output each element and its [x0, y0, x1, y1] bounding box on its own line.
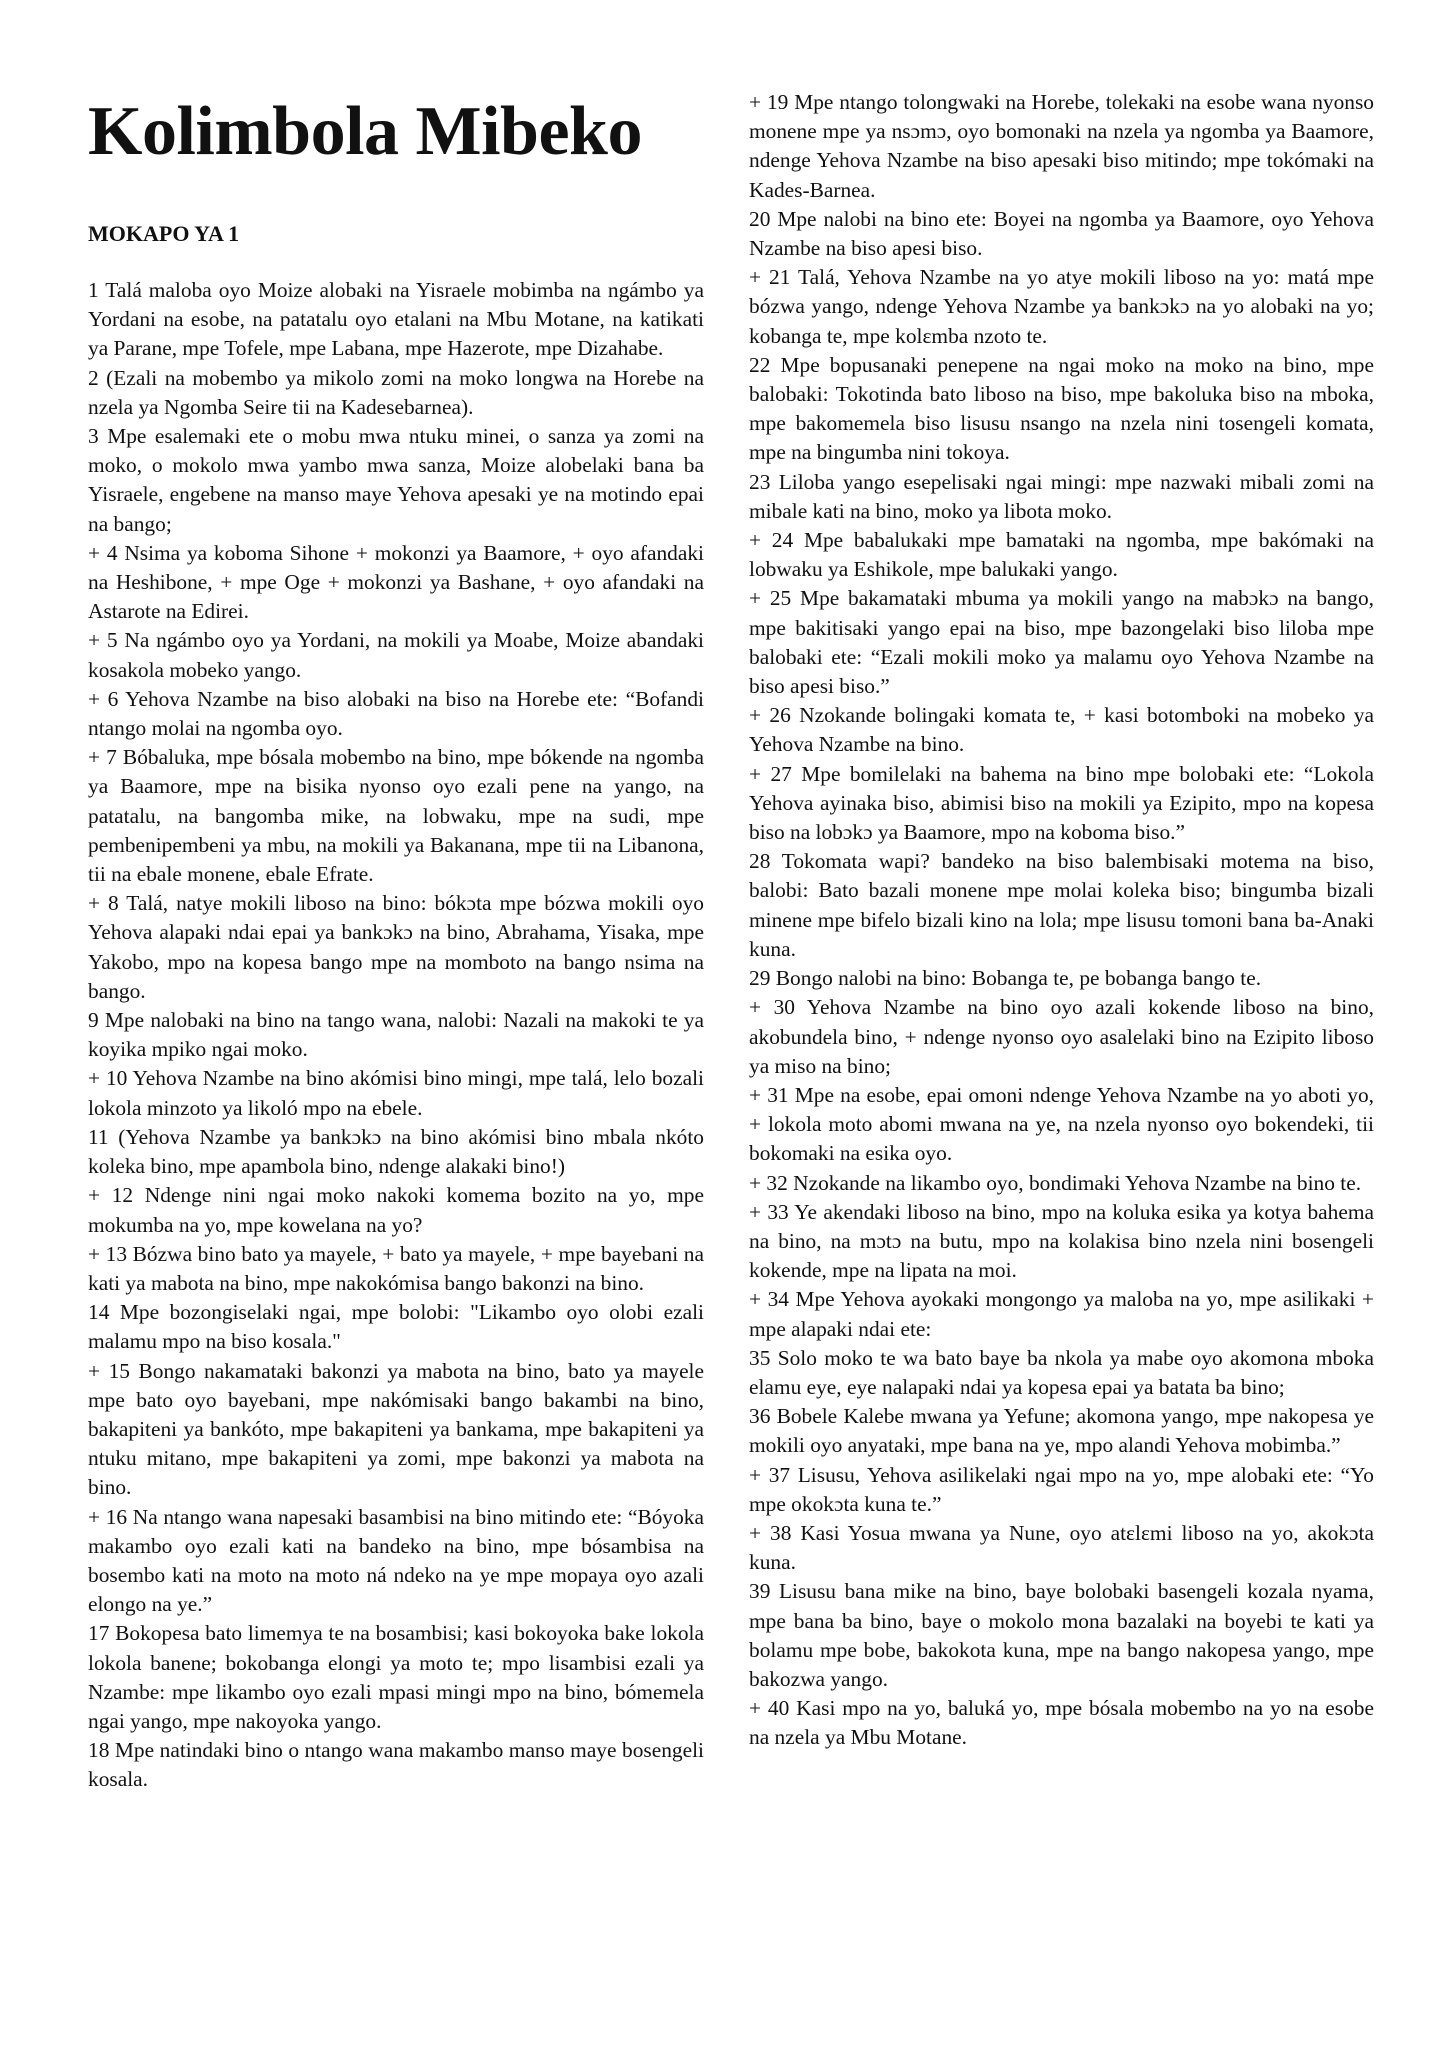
document-title: Kolimbola Mibeko: [88, 92, 642, 172]
verse: 35 Solo moko te wa bato baye ba nkola ya…: [749, 1344, 1374, 1402]
verse: + 40 Kasi mpo na yo, baluká yo, mpe bósa…: [749, 1694, 1374, 1752]
verse: 18 Mpe natindaki bino o ntango wana maka…: [88, 1736, 704, 1794]
right-column: + 19 Mpe ntango tolongwaki na Horebe, to…: [749, 88, 1374, 1753]
verse: 3 Mpe esalemaki ete o mobu mwa ntuku min…: [88, 422, 704, 539]
verse: + 25 Mpe bakamataki mbuma ya mokili yang…: [749, 584, 1374, 701]
verse: 2 (Ezali na mobembo ya mikolo zomi na mo…: [88, 364, 704, 422]
verse: 14 Mpe bozongiselaki ngai, mpe bolobi: "…: [88, 1298, 704, 1356]
verse: 9 Mpe nalobaki na bino na tango wana, na…: [88, 1006, 704, 1064]
verse: + 6 Yehova Nzambe na biso alobaki na bis…: [88, 685, 704, 743]
verse: 17 Bokopesa bato limemya te na bosambisi…: [88, 1619, 704, 1736]
verse: 22 Mpe bopusanaki penepene na ngai moko …: [749, 351, 1374, 468]
verse: + 33 Ye akendaki liboso na bino, mpo na …: [749, 1198, 1374, 1286]
verse: + 27 Mpe bomilelaki na bahema na bino mp…: [749, 760, 1374, 848]
left-verses: 1 Talá maloba oyo Moize alobaki na Yisra…: [88, 276, 704, 1795]
verse: + 12 Ndenge nini ngai moko nakoki komema…: [88, 1181, 704, 1239]
verse: + 37 Lisusu, Yehova asilikelaki ngai mpo…: [749, 1461, 1374, 1519]
verse: + 16 Na ntango wana napesaki basambisi n…: [88, 1503, 704, 1620]
verse: + 21 Talá, Yehova Nzambe na yo atye moki…: [749, 263, 1374, 351]
verse: 36 Bobele Kalebe mwana ya Yefune; akomon…: [749, 1402, 1374, 1460]
verse: + 8 Talá, natye mokili liboso na bino: b…: [88, 889, 704, 1006]
verse: 1 Talá maloba oyo Moize alobaki na Yisra…: [88, 276, 704, 364]
verse: 28 Tokomata wapi? bandeko na biso balemb…: [749, 847, 1374, 964]
verse: + 19 Mpe ntango tolongwaki na Horebe, to…: [749, 88, 1374, 205]
verse: + 32 Nzokande na likambo oyo, bondimaki …: [749, 1169, 1374, 1198]
verse: + 26 Nzokande bolingaki komata te, + kas…: [749, 701, 1374, 759]
verse: + 38 Kasi Yosua mwana ya Nune, oyo atɛlɛ…: [749, 1519, 1374, 1577]
verse: + 4 Nsima ya koboma Sihone + mokonzi ya …: [88, 539, 704, 627]
verse: + 15 Bongo nakamataki bakonzi ya mabota …: [88, 1357, 704, 1503]
verse: + 30 Yehova Nzambe na bino oyo azali kok…: [749, 993, 1374, 1081]
verse: + 7 Bóbaluka, mpe bósala mobembo na bino…: [88, 743, 704, 889]
chapter-heading: MOKAPO YA 1: [88, 220, 239, 248]
verse: + 13 Bózwa bino bato ya mayele, + bato y…: [88, 1240, 704, 1298]
verse: + 34 Mpe Yehova ayokaki mongongo ya malo…: [749, 1285, 1374, 1343]
verse: + 31 Mpe na esobe, epai omoni ndenge Yeh…: [749, 1081, 1374, 1169]
verse: 29 Bongo nalobi na bino: Bobanga te, pe …: [749, 964, 1374, 993]
verse: 23 Liloba yango esepelisaki ngai mingi: …: [749, 468, 1374, 526]
verse: + 24 Mpe babalukaki mpe bamataki na ngom…: [749, 526, 1374, 584]
verse: 11 (Yehova Nzambe ya bankɔkɔ na bino akó…: [88, 1123, 704, 1181]
verse: + 5 Na ngámbo oyo ya Yordani, na mokili …: [88, 626, 704, 684]
verse: 20 Mpe nalobi na bino ete: Boyei na ngom…: [749, 205, 1374, 263]
verse: 39 Lisusu bana mike na bino, baye boloba…: [749, 1577, 1374, 1694]
verse: + 10 Yehova Nzambe na bino akómisi bino …: [88, 1064, 704, 1122]
